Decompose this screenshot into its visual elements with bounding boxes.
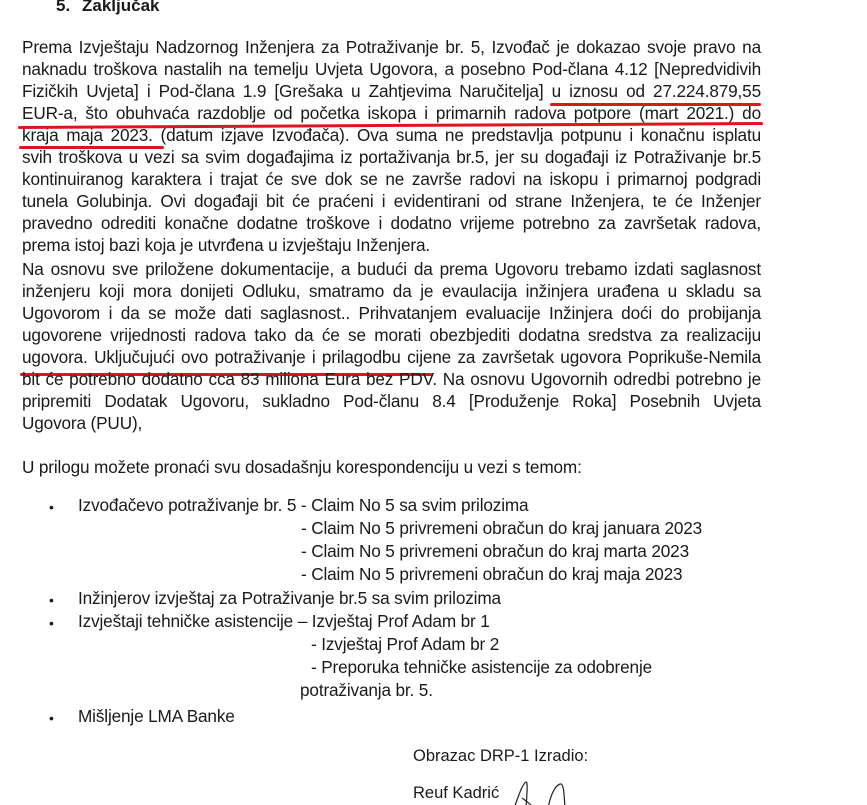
attachment-subitem: - Preporuka tehničke asistencije za odob… <box>311 656 652 678</box>
red-underline-date <box>19 146 164 149</box>
text-line: Ugovorom i da se može dati saglasnost.. … <box>22 302 761 324</box>
attachment-subitem: - Claim No 5 privremeni obračun do kraj … <box>301 517 702 539</box>
text-line: ugovora. Uključujući ovo potraživanje i … <box>22 346 761 368</box>
text-line: svih troškova u vezi sa svim događajima … <box>22 146 761 168</box>
attachment-subitem: potraživanja br. 5. <box>300 679 433 701</box>
text-line: Prema Izvještaju Nadzornog Inženjera za … <box>22 36 761 58</box>
attachment-subitem: - Claim No 5 privremeni obračun do kraj … <box>301 540 689 562</box>
text-line: inženjeru koji mora donijeti Odluku, sma… <box>22 280 761 302</box>
text-line: kontinuiranog karaktera i trajat će sve … <box>22 168 761 190</box>
attachment-item: Mišljenje LMA Banke <box>78 705 235 727</box>
red-underline-amount <box>550 103 761 106</box>
handwritten-signature-icon <box>512 780 592 805</box>
text-line: pravedno odrediti konačne dodatne troško… <box>22 212 761 234</box>
text-line: pripremiti Dodatak Ugovoru, sukladno Pod… <box>22 390 761 412</box>
section-title: Zaključak <box>82 0 160 15</box>
attachment-subitem: - Izvještaj Prof Adam br 2 <box>311 633 499 655</box>
section-heading: 5.Zaključak <box>56 0 160 16</box>
bullet-icon: • <box>49 496 54 518</box>
form-label: Obrazac DRP-1 Izradio: <box>413 745 588 767</box>
text-line: tunela Golubinja. Ovi događaji bit će pr… <box>22 190 761 212</box>
text-line: Ugovora (PUU), <box>22 412 142 434</box>
bullet-icon: • <box>49 707 54 729</box>
bullet-icon: • <box>49 589 54 611</box>
text-line: ugovorene vrijednosti radova tako da će … <box>22 324 761 346</box>
text-line: prema istoj bazi koja je utvrđena u izvj… <box>22 234 430 256</box>
author-name: Reuf Kadrić <box>413 782 499 804</box>
attachment-item: Izvođačevo potraživanje br. 5 - Claim No… <box>78 494 528 516</box>
text-line: naknadu troškova nastalih na temelju Uvj… <box>22 58 761 80</box>
bullet-icon: • <box>49 612 54 634</box>
text-line: bit će potrebno dodatno cca 83 miliona E… <box>22 368 761 390</box>
text-line: Fizičkih Uvjeta] i Pod-člana 1.9 [Grešak… <box>22 80 761 102</box>
attachments-intro: U prilogu možete pronaći svu dosadašnju … <box>22 456 582 478</box>
section-number: 5. <box>56 0 82 16</box>
attachment-subitem: - Claim No 5 privremeni obračun do kraj … <box>301 563 682 585</box>
attachment-item: Izvještaji tehničke asistencije – Izvješ… <box>78 610 490 632</box>
attachment-item: Inžinjerov izvještaj za Potraživanje br.… <box>78 587 501 609</box>
text-line: Na osnovu sve priložene dokumentacije, a… <box>22 258 761 280</box>
